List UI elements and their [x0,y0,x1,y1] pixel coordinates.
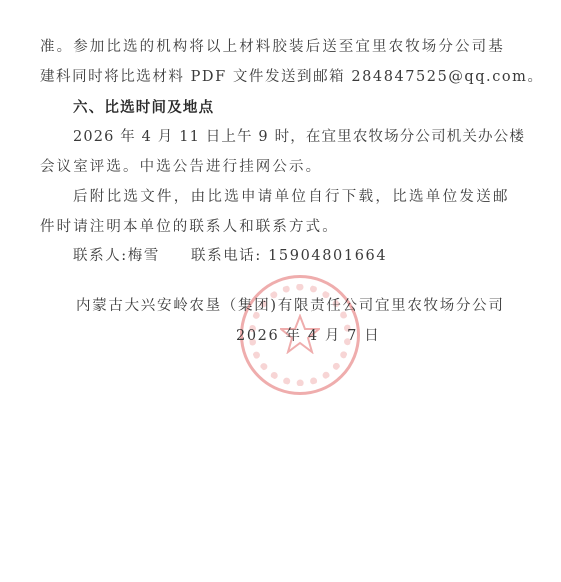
paragraph-materials-line-2: 建科同时将比选材料 PDF 文件发送到邮箱 284847525@qq.com。 [40,67,496,87]
paragraph-time-line-1: 2026 年 4 月 11 日上午 9 时，在宜里农牧场分公司机关办公楼 [73,127,529,147]
signature-date: 2026 年 4 月 7 日 [236,326,380,346]
contact-person: 联系人:梅雪 [73,248,160,264]
contact-phone: 联系电话: 15904801664 [191,246,387,266]
paragraph-attachment-line-1: 后附比选文件，由比选申请单位自行下载，比选单位发送邮 [73,187,529,207]
contact-row: 联系人:梅雪 联系电话: 15904801664 [73,246,529,266]
paragraph-time-line-2: 会议室评选。中选公告进行挂网公示。 [40,157,496,177]
signature-organization: 内蒙古大兴安岭农垦（集团)有限责任公司宜里农牧场分公司 [76,296,505,316]
document-page: 准。参加比选的机构将以上材料胶装后送至宜里农牧场分公司基 建科同时将比选材料 P… [0,0,561,582]
paragraph-attachment-line-2: 件时请注明本单位的联系人和联系方式。 [40,217,496,237]
section-heading-time-location: 六、比选时间及地点 [73,98,529,118]
paragraph-materials-line-1: 准。参加比选的机构将以上材料胶装后送至宜里农牧场分公司基 [40,37,496,57]
